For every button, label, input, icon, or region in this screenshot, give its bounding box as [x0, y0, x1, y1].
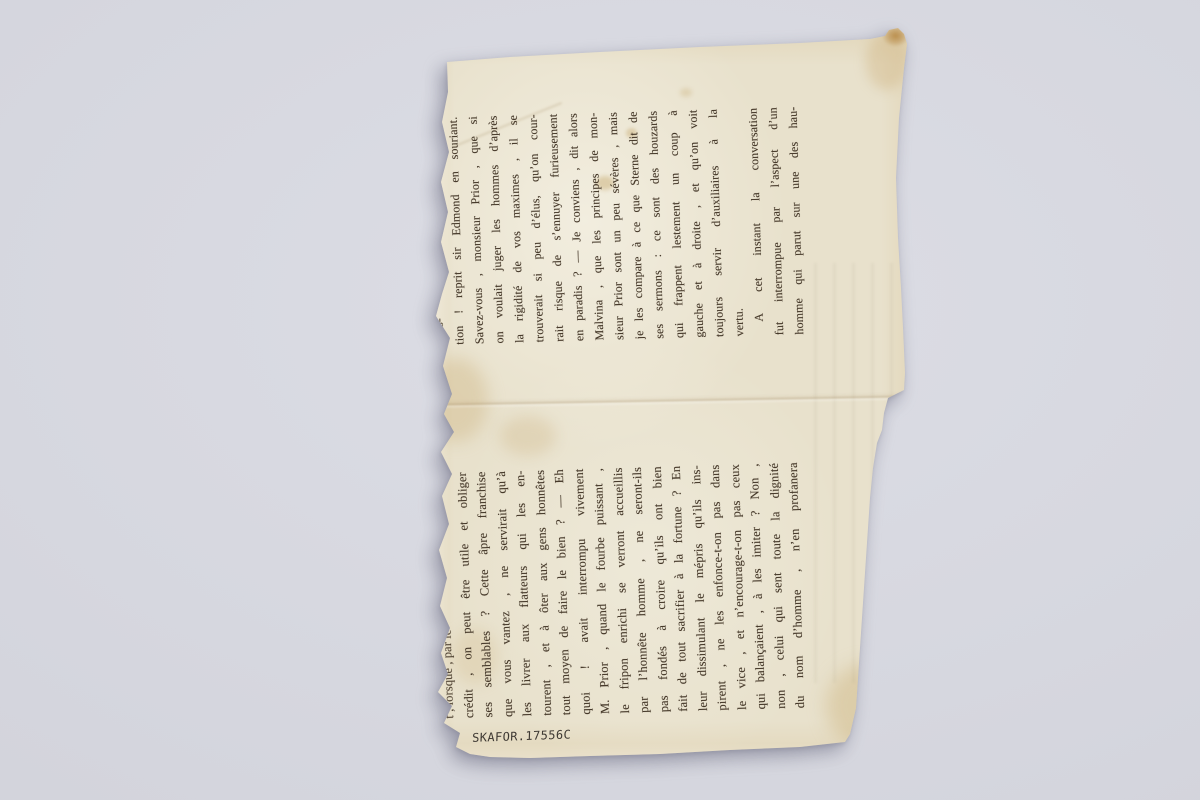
ink-speck [501, 50, 503, 52]
ink-speck [494, 45, 497, 48]
photo-backdrop: mais-tion ! reprit sir Edmond en sourian… [0, 0, 1200, 800]
foxing-spot [680, 88, 692, 97]
stain [500, 416, 556, 456]
stain [866, 32, 908, 90]
paper-shadow-wrapper: mais-tion ! reprit sir Edmond en sourian… [430, 28, 915, 765]
catalog-number: SKAFOR.17556C [472, 727, 583, 749]
paper-fragment: mais-tion ! reprit sir Edmond en sourian… [430, 28, 915, 765]
show-through-text [814, 263, 898, 683]
text-line: mais- [423, 117, 450, 345]
page-top-text: mais-tion ! reprit sir Edmond en sourian… [423, 106, 810, 345]
corner-curl-stain [882, 26, 909, 48]
page-bottom-text: t , lorsque , par lecrédit , on peut êtr… [433, 462, 811, 719]
